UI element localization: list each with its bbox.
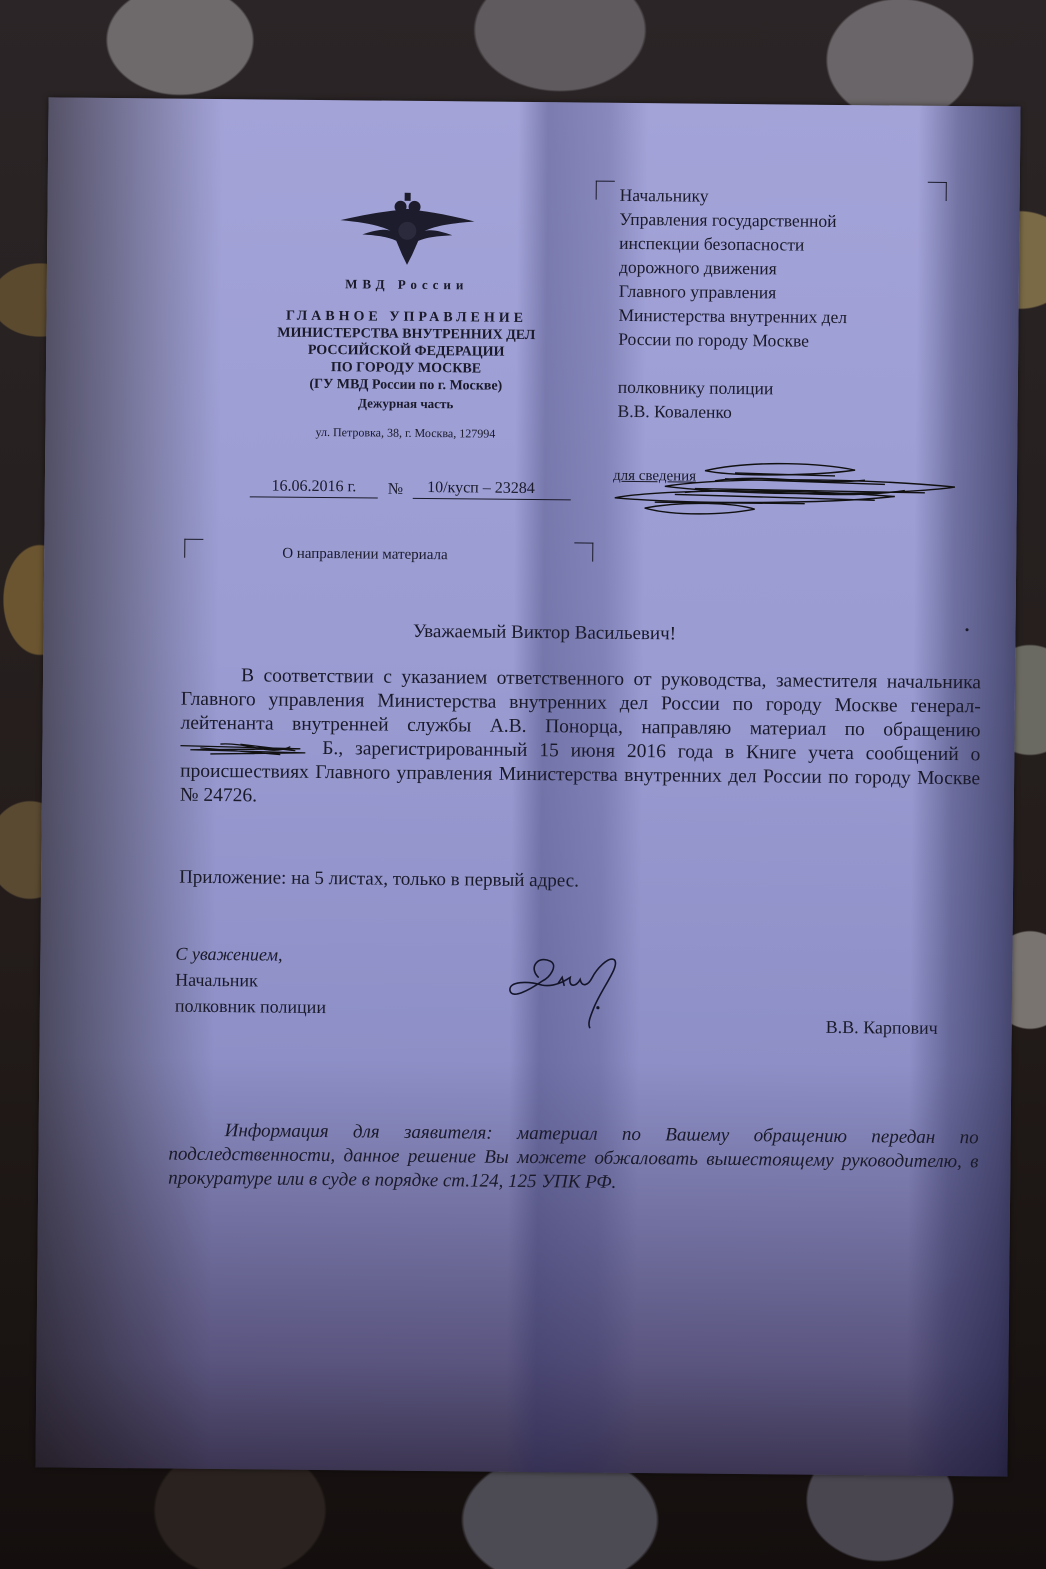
letter-number: 10/кусп – 23284	[413, 479, 571, 501]
body-text-part1: В соответствии с указанием ответственног…	[180, 665, 981, 741]
agency-address: ул. Петровка, 38, г. Москва, 127994	[225, 424, 585, 442]
org-line: (ГУ МВД России по г. Москве)	[226, 375, 586, 395]
organization-name: ГЛАВНОЕ УПРАВЛЕНИЕ МИНИСТЕРСТВА ВНУТРЕНН…	[226, 307, 587, 395]
addressee-line: инспекции безопасности	[619, 231, 848, 257]
registration-row: 16.06.2016 г. № 10/кусп – 23284	[250, 477, 571, 500]
addressee-line: Управления государственной	[619, 207, 848, 233]
handwritten-signature	[498, 947, 629, 1033]
subject-bracket-right	[574, 542, 593, 561]
addressee-line: Главного управления	[619, 279, 848, 305]
subject-bracket-left	[184, 539, 203, 558]
mvd-eagle-emblem-icon	[332, 190, 483, 271]
letter-sheet: МВД России ГЛАВНОЕ УПРАВЛЕНИЕ МИНИСТЕРСТ…	[35, 97, 1020, 1476]
letter-date: 16.06.2016 г.	[250, 477, 378, 498]
redaction-scribble	[605, 458, 966, 523]
address-bracket-left	[596, 181, 615, 200]
letterhead: МВД России ГЛАВНОЕ УПРАВЛЕНИЕ МИНИСТЕРСТ…	[225, 189, 587, 442]
department-name: Дежурная часть	[226, 394, 586, 413]
signature-block: С уважением, Начальник полковник полиции	[175, 941, 327, 1020]
addressee-rank: полковнику полиции	[618, 375, 847, 401]
closing-regards: С уважением,	[175, 941, 326, 968]
applicant-notice: Информация для заявителя: материал по Ва…	[168, 1119, 979, 1199]
signer-position: Начальник	[175, 967, 326, 994]
addressee-block: Начальнику Управления государственной ин…	[617, 183, 848, 425]
org-line: МИНИСТЕРСТВА ВНУТРЕННИХ ДЕЛ	[226, 324, 586, 344]
letter-subject: О направлении материала	[282, 546, 448, 565]
address-bracket-right	[928, 182, 947, 201]
addressee-name: В.В. Коваленко	[617, 399, 846, 425]
addressee-line: дорожного движения	[619, 255, 848, 281]
attachment-note: Приложение: на 5 листах, только в первый…	[179, 867, 579, 893]
signer-rank: полковник полиции	[175, 993, 326, 1020]
letter-body: В соответствии с указанием ответственног…	[180, 664, 981, 816]
number-sign: №	[388, 481, 403, 499]
agency-short-name: МВД России	[227, 275, 587, 294]
salutation: Уважаемый Виктор Васильевич!	[43, 617, 1015, 648]
signer-name: В.В. Карпович	[826, 1017, 938, 1039]
addressee-line: Министерства внутренних дел	[618, 303, 847, 329]
redacted-name-scribble	[180, 741, 310, 756]
addressee-line: Начальнику	[620, 183, 849, 209]
addressee-line: России по городу Москве	[618, 327, 847, 353]
